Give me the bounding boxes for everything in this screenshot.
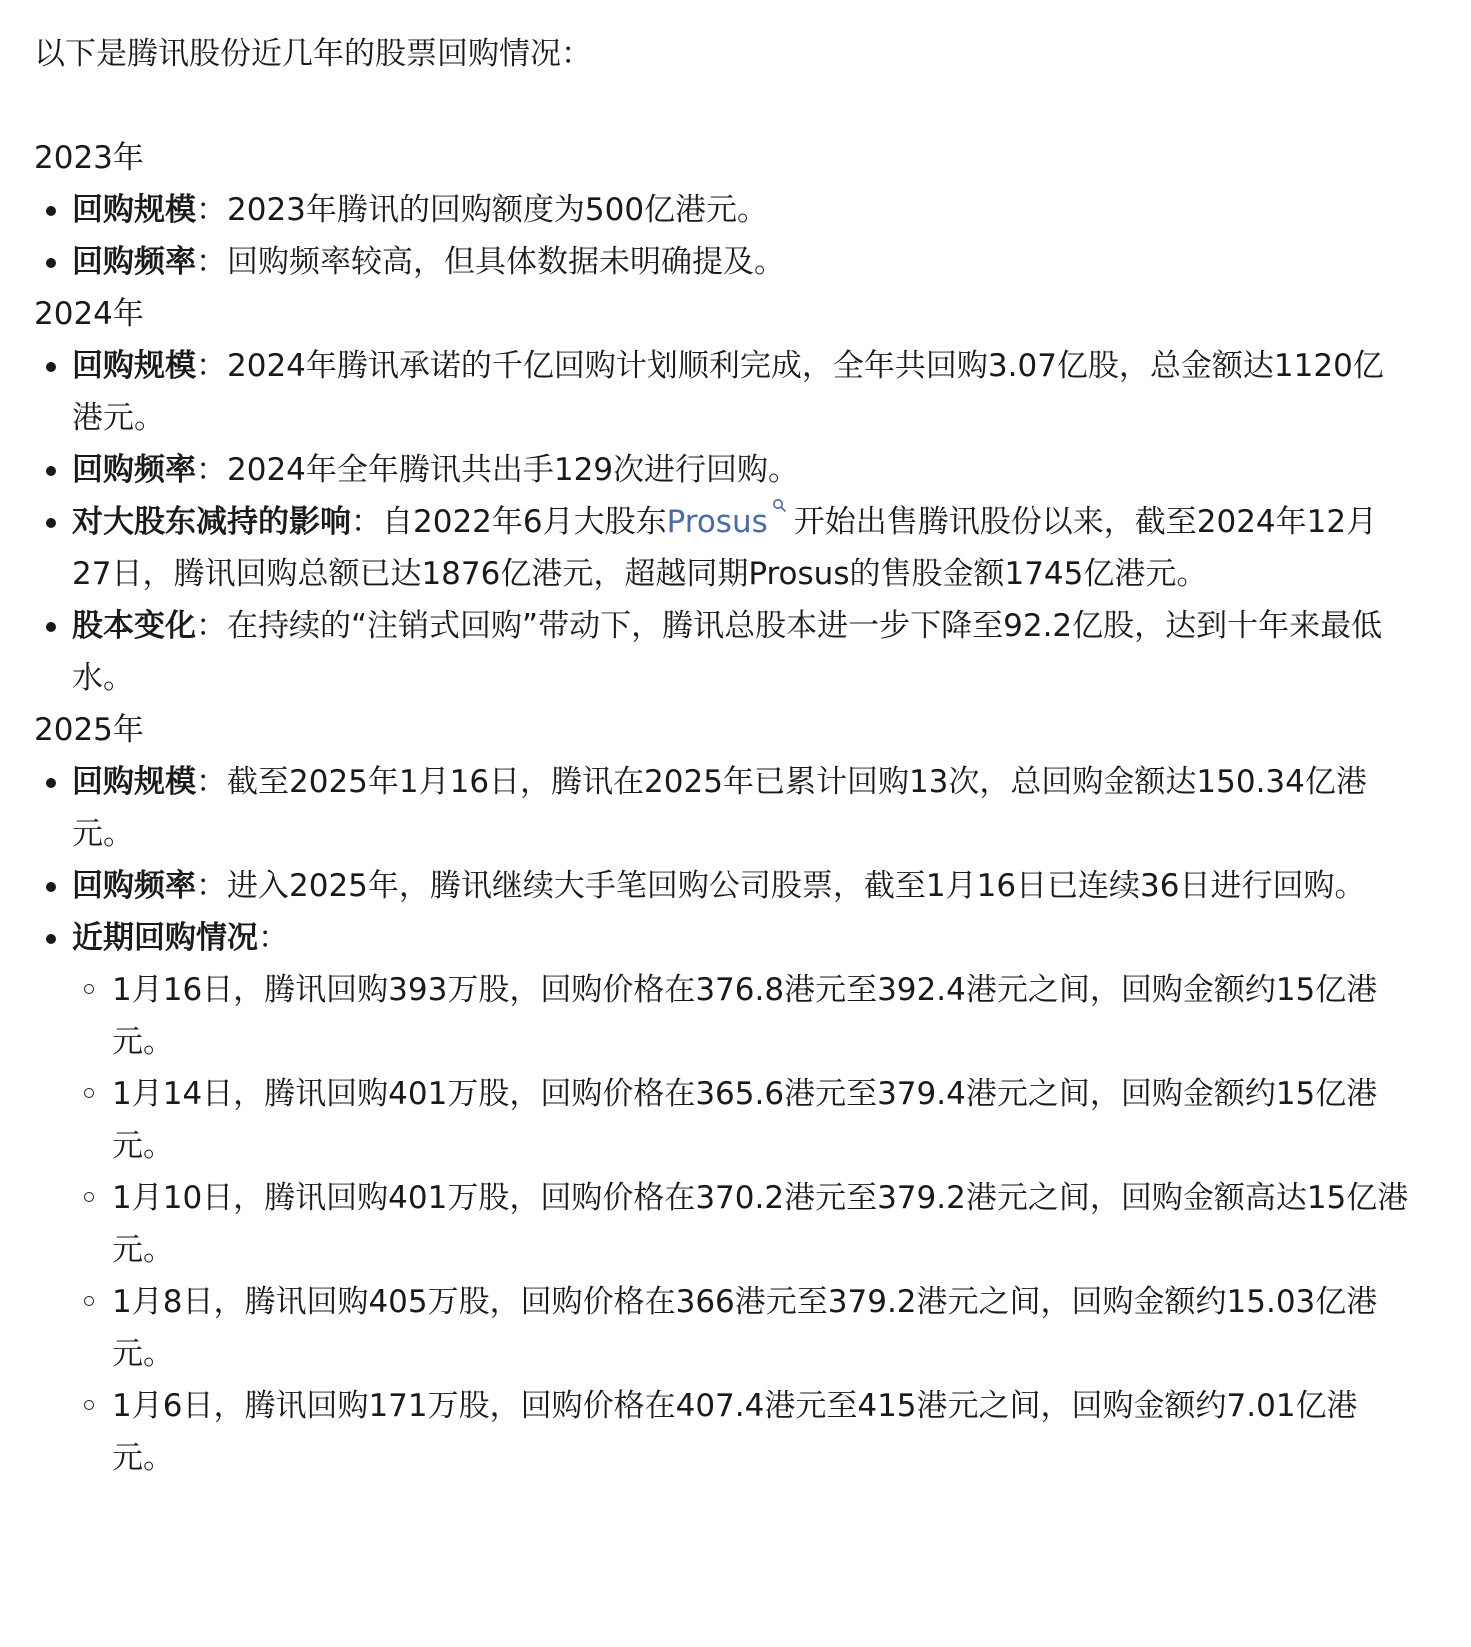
item-text: 截至2025年1月16日，腾讯在2025年已累计回购13次，总回购金额达150.… — [72, 764, 1367, 852]
list-item: 近期回购情况： 1月16日，腾讯回购393万股，回购价格在376.8港元至392… — [72, 912, 1410, 1484]
list-item: 回购频率：回购频率较高，但具体数据未明确提及。 — [72, 236, 1410, 288]
item-label: 股本变化 — [72, 608, 196, 644]
item-colon: ： — [258, 920, 289, 956]
list-item: 回购规模：2023年腾讯的回购额度为500亿港元。 — [72, 184, 1410, 236]
list-item: 回购频率：2024年全年腾讯共出手129次进行回购。 — [72, 444, 1410, 496]
list-item: 对大股东减持的影响：自2022年6月大股东Prosus开始出售腾讯股份以来，截至… — [72, 496, 1410, 600]
sub-list-item: 1月10日，腾讯回购401万股，回购价格在370.2港元至379.2港元之间，回… — [112, 1172, 1410, 1276]
item-text: 在持续的“注销式回购”带动下，腾讯总股本进一步下降至92.2亿股，达到十年来最低… — [72, 608, 1382, 696]
item-label: 回购频率 — [72, 452, 196, 488]
item-text: 2023年腾讯的回购额度为500亿港元。 — [227, 192, 768, 228]
prosus-search-link[interactable]: Prosus — [667, 504, 768, 540]
item-label: 回购规模 — [72, 192, 196, 228]
item-colon: ： — [351, 504, 382, 540]
item-colon: ： — [196, 608, 227, 644]
list-item: 回购规模：2024年腾讯承诺的千亿回购计划顺利完成，全年共回购3.07亿股，总金… — [72, 340, 1410, 444]
item-label: 近期回购情况 — [72, 920, 258, 956]
item-text: 2024年腾讯承诺的千亿回购计划顺利完成，全年共回购3.07亿股，总金额达112… — [72, 348, 1384, 436]
list-item: 回购规模：截至2025年1月16日，腾讯在2025年已累计回购13次，总回购金额… — [72, 756, 1410, 860]
item-label: 回购频率 — [72, 244, 196, 280]
intro-text: 以下是腾讯股份近几年的股票回购情况： — [34, 28, 1410, 80]
sub-list-item: 1月6日，腾讯回购171万股，回购价格在407.4港元至415港元之间，回购金额… — [112, 1380, 1410, 1484]
list-2023: 回购规模：2023年腾讯的回购额度为500亿港元。 回购频率：回购频率较高，但具… — [34, 184, 1410, 288]
item-text-before: 自2022年6月大股东 — [382, 504, 667, 540]
item-label: 回购规模 — [72, 348, 196, 384]
item-label: 回购频率 — [72, 868, 196, 904]
item-text: 进入2025年，腾讯继续大手笔回购公司股票，截至1月16日已连续36日进行回购。 — [227, 868, 1366, 904]
sub-list-item: 1月16日，腾讯回购393万股，回购价格在376.8港元至392.4港元之间，回… — [112, 964, 1410, 1068]
answer-content: 以下是腾讯股份近几年的股票回购情况： 2023年 回购规模：2023年腾讯的回购… — [34, 28, 1410, 1484]
item-label: 对大股东减持的影响 — [72, 504, 351, 540]
list-2024: 回购规模：2024年腾讯承诺的千亿回购计划顺利完成，全年共回购3.07亿股，总金… — [34, 340, 1410, 704]
item-text: 回购频率较高，但具体数据未明确提及。 — [227, 244, 785, 280]
item-label: 回购规模 — [72, 764, 196, 800]
item-colon: ： — [196, 244, 227, 280]
item-colon: ： — [196, 764, 227, 800]
search-icon[interactable] — [772, 496, 788, 518]
item-colon: ： — [196, 348, 227, 384]
year-heading-2023: 2023年 — [34, 132, 1410, 184]
item-text: 2024年全年腾讯共出手129次进行回购。 — [227, 452, 799, 488]
year-heading-2025: 2025年 — [34, 704, 1410, 756]
year-heading-2024: 2024年 — [34, 288, 1410, 340]
item-colon: ： — [196, 192, 227, 228]
list-item: 回购频率：进入2025年，腾讯继续大手笔回购公司股票，截至1月16日已连续36日… — [72, 860, 1410, 912]
list-2025: 回购规模：截至2025年1月16日，腾讯在2025年已累计回购13次，总回购金额… — [34, 756, 1410, 1484]
item-colon: ： — [196, 868, 227, 904]
item-colon: ： — [196, 452, 227, 488]
list-item: 股本变化：在持续的“注销式回购”带动下，腾讯总股本进一步下降至92.2亿股，达到… — [72, 600, 1410, 704]
recent-buybacks-list: 1月16日，腾讯回购393万股，回购价格在376.8港元至392.4港元之间，回… — [72, 964, 1410, 1484]
sub-list-item: 1月14日，腾讯回购401万股，回购价格在365.6港元至379.4港元之间，回… — [112, 1068, 1410, 1172]
sub-list-item: 1月8日，腾讯回购405万股，回购价格在366港元至379.2港元之间，回购金额… — [112, 1276, 1410, 1380]
